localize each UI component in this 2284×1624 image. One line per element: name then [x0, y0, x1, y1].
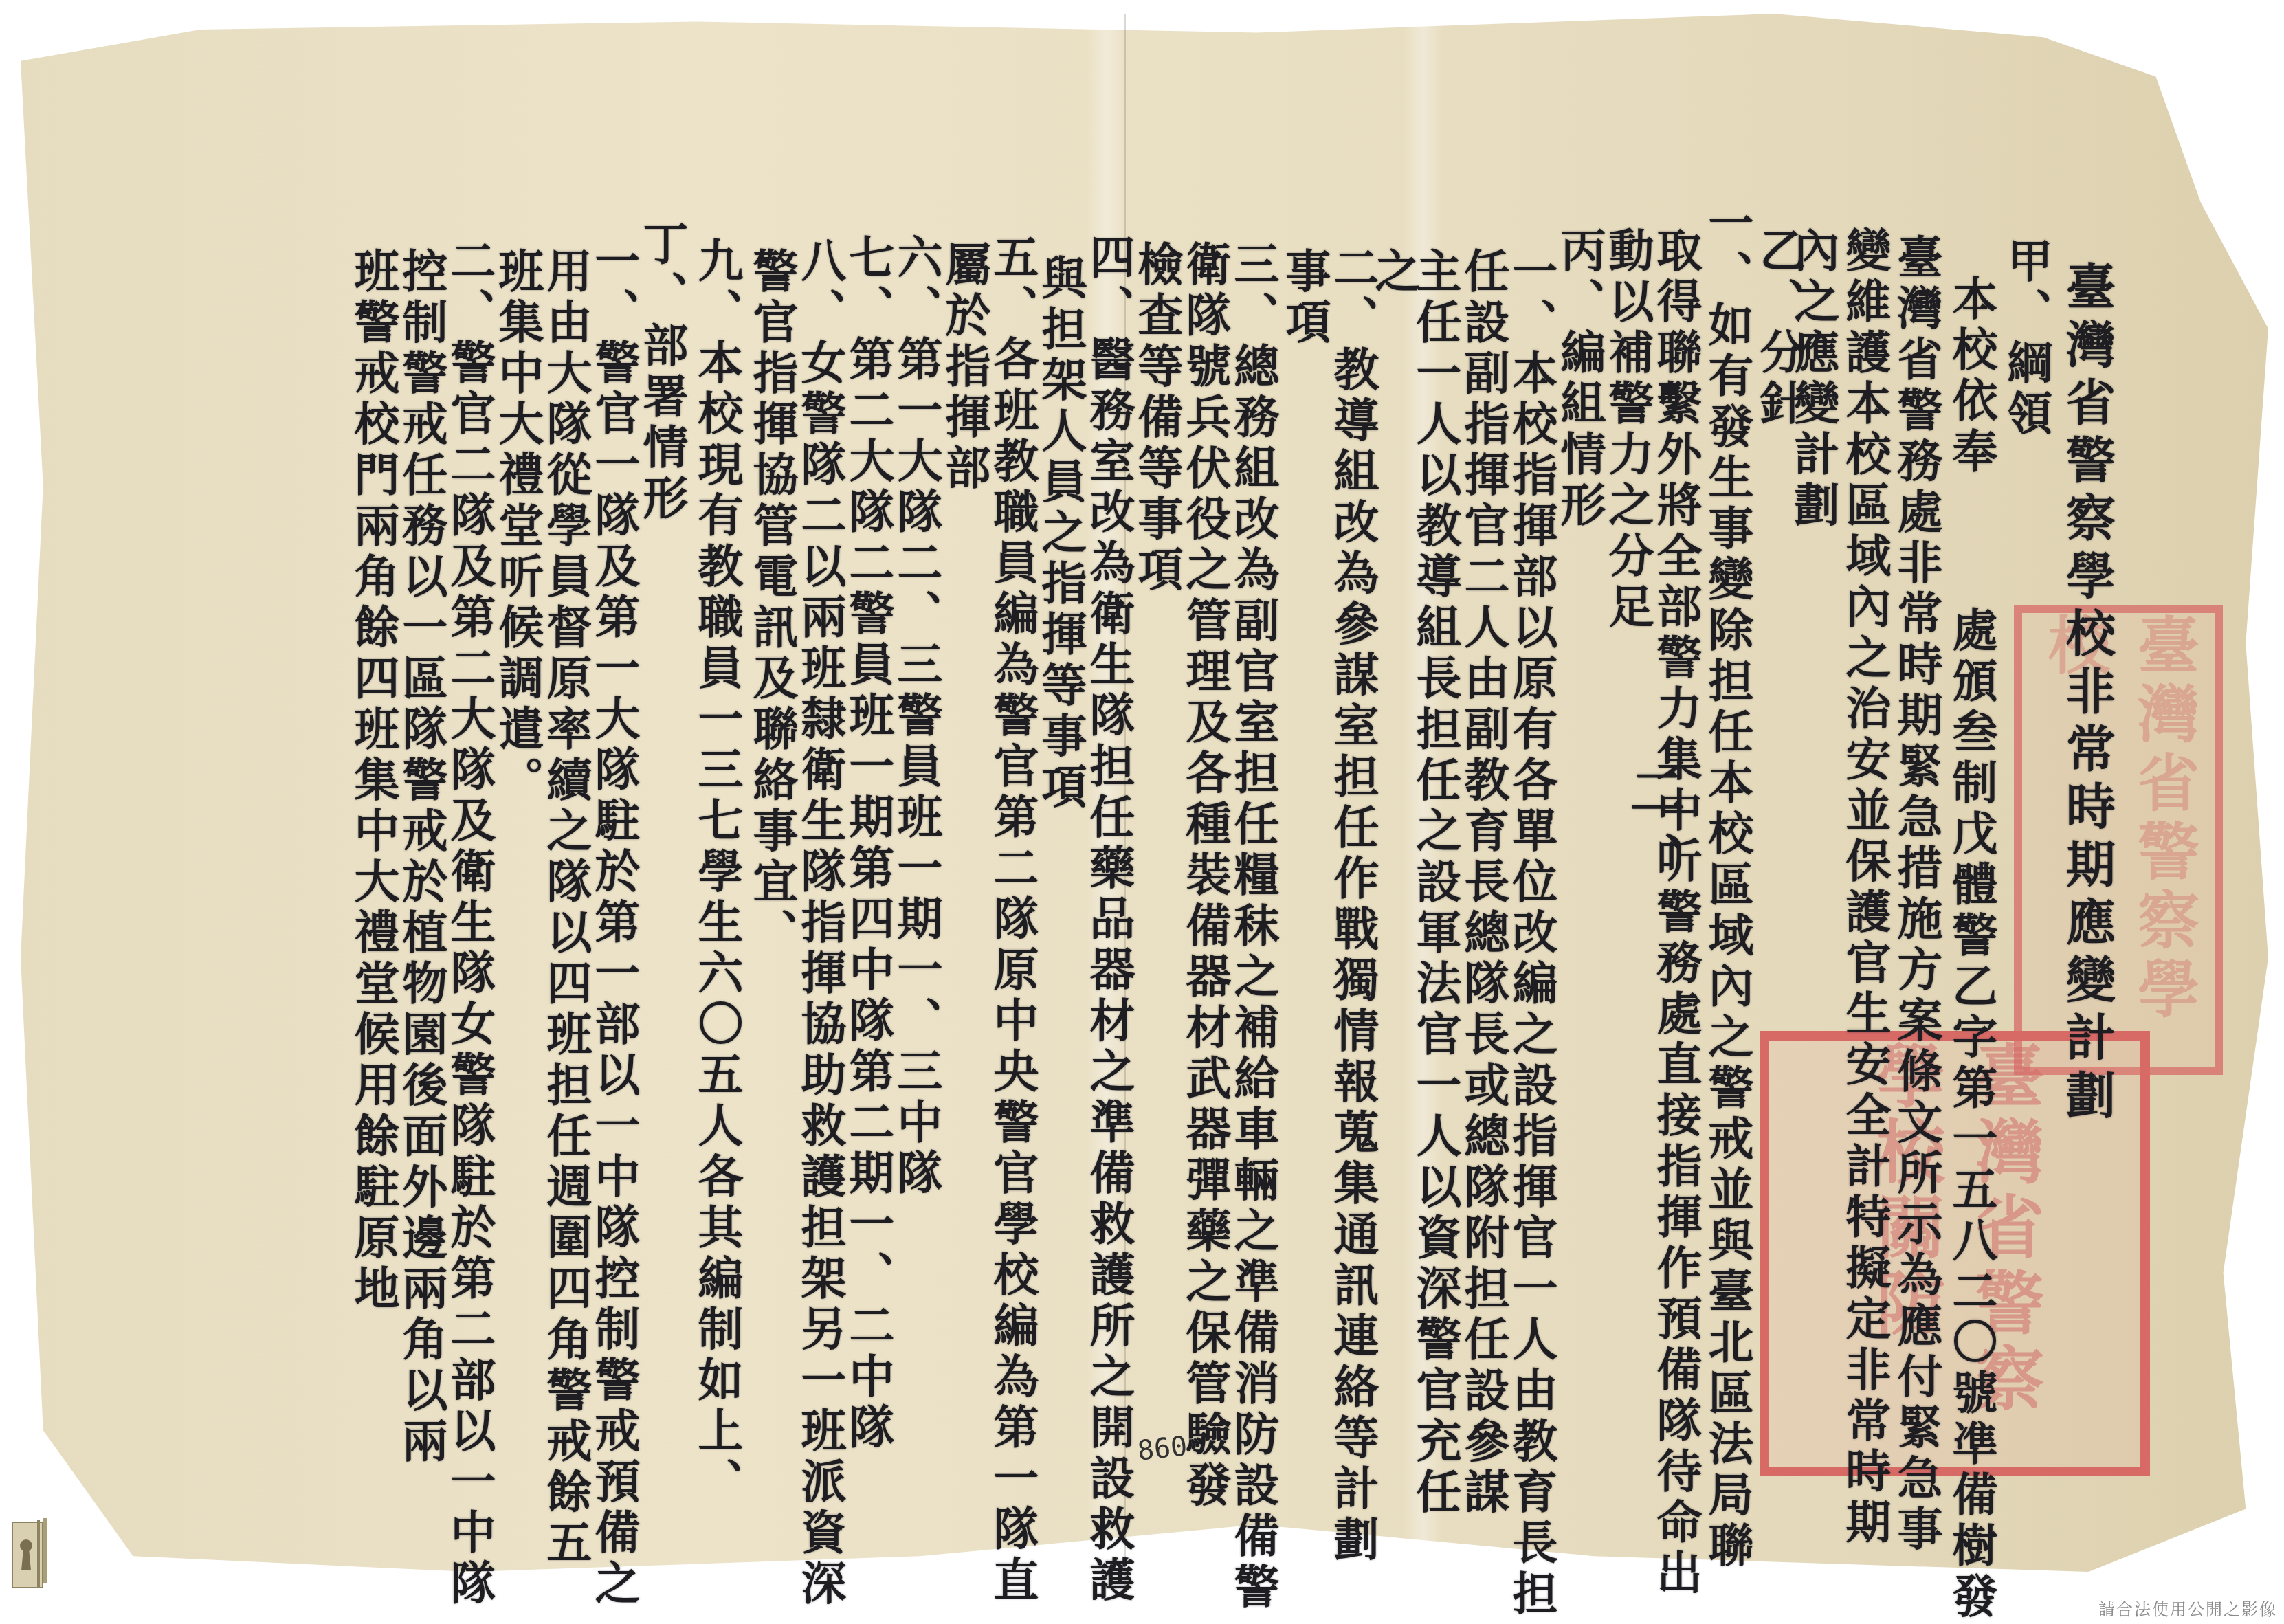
usage-watermark: 請合法使用公開之影像 [2098, 1596, 2277, 1620]
section-bing-line: 主任一人以教導組長担任之設軍法官一人以資深警官充任 [1412, 247, 1458, 1519]
seal-upper-text: 臺灣省警察學校 [2029, 613, 2208, 1067]
section-yi-item-two-mark: 二、 [1626, 763, 1681, 900]
section-yi-line: 動以補警力之分足 [1605, 227, 1650, 634]
section-ding-line: 班警戒校門兩角餘四班集中大禮堂候用餘駐原地 [351, 247, 396, 1315]
section-bing-line: 八、女警隊二以兩班隸衛生隊指揮協助救護担架另一班派資深 [797, 237, 843, 1610]
document-title: 臺灣省警察學校非常時期應變計劃 [2062, 261, 2111, 1127]
section-bing-heading: 丙、編組情形 [1557, 227, 1602, 532]
section-bing-line: 任設副指揮官二人由副教育長總隊長或總隊附担任設參謀 [1461, 247, 1506, 1519]
section-bing-line: 二、教導組改為參謀室担任作戰獨情報蒐集通訊連絡等計劃 [1330, 244, 1375, 1566]
archive-keyhole-logo-icon [10, 1515, 51, 1591]
section-bing-line: 三、總務組改為副官室担任糧秣之補給車輛之準備消防設備警 [1230, 241, 1276, 1614]
section-bing-line: 事項 [1282, 247, 1327, 349]
section-ding-line: 控制警戒任務以一區隊警戒於植物園後面外邊兩角以兩 [399, 247, 444, 1468]
section-jia-line: 處頒叁制戊體警乙字第一五八二〇號凖備樹發 [1949, 454, 1994, 1623]
section-jia-heading: 甲、綱領 [2004, 237, 2049, 441]
section-ding-line: 班集中大禮堂听候調遣。 [495, 247, 540, 807]
section-bing-line: 九、本校現有教職員一三七學生六〇五人各其編制如上、 [694, 237, 740, 1509]
section-ding-line: 一、警官一隊及第一大隊駐於第一部以一中隊控制警戒預備之 [591, 237, 636, 1610]
section-bing-line: 屬於指揮部 [942, 241, 987, 495]
section-ding-line: 二、警官二隊及第二大隊及衛生隊女警隊駐於第二部以一中隊 [447, 237, 492, 1610]
section-jia-line: 臺灣省警務處非常時期緊急措施方案條文所示為應付緊急事 [1894, 234, 1939, 1556]
section-bing-line: 一、本校指揮部以原有各單位改編之設指揮官一人由教育長担 [1509, 247, 1554, 1621]
section-jia-line: 本校依奉 [1949, 275, 1994, 478]
section-yi-line: 取得聯繫外將全部警力集中听警務處直接指揮作預備隊待命出 [1653, 227, 1698, 1600]
section-bing-line: 六、第一大隊二、三警員班一期一、三中隊 [894, 234, 939, 1200]
seal-upper: 臺灣省警察學校 [2014, 605, 2223, 1075]
section-yi-heading: 乙、分針 [1756, 227, 1801, 430]
section-jia-line: 變維護本校區域內之治安並保護官生安全計特擬定非常時期 [1842, 227, 1887, 1549]
page-number: 860 [1136, 1430, 1189, 1467]
section-bing-line: 五、各班教職員編為警官第二隊原中央警官學校編為第一隊直 [990, 234, 1035, 1607]
section-bing-line: 四、醫務室改為衛生隊担任藥品器材之準備救護所之開設救護 [1086, 234, 1131, 1607]
section-bing-line: 檢查等備等事項 [1134, 241, 1179, 597]
section-bing-line: 與担架人員之指揮等事項 [1038, 254, 1083, 814]
section-bing-line: 警官指揮協管電訊及聯絡事宜、 [749, 247, 795, 959]
section-yi-line: 一、如有發生事變除担任本校區域內之警戒並與臺北區法局聯 [1705, 199, 1750, 1572]
section-ding-line: 用由大隊從學員督原率續之隊以四班担任週圍四角警戒餘五 [543, 247, 588, 1570]
section-ding-heading: 丁、部署情形 [639, 220, 685, 525]
section-bing-line: 衛隊號兵伏役之管理及各種裝備器材武器彈藥之保管驗發 [1182, 241, 1228, 1512]
section-bing-line: 七、第二大隊二警員班一期第四中隊第二期一、二中隊 [845, 234, 891, 1454]
